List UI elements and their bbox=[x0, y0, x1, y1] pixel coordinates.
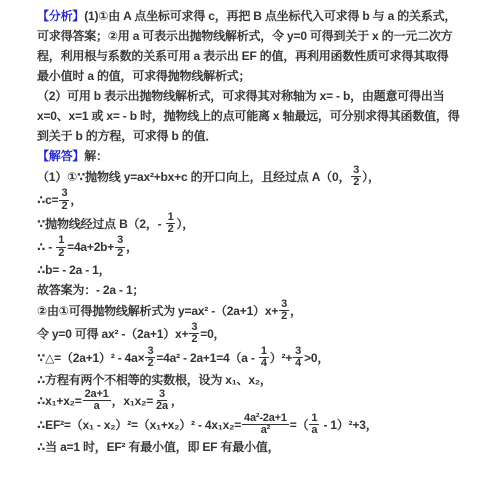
fraction-numerator: 3 bbox=[145, 346, 155, 358]
doc-line: ∴c=32， bbox=[37, 189, 452, 212]
fraction: 4a²-2a+1a² bbox=[242, 413, 289, 436]
fraction-denominator: 2a bbox=[154, 401, 170, 412]
text-run: ， bbox=[171, 394, 183, 408]
text-run: 令 y=0 可得 ax² -（2a+1）x+ bbox=[37, 327, 188, 341]
text-run: 解： bbox=[84, 149, 108, 163]
section-label: 【解答】 bbox=[37, 149, 84, 163]
doc-line: 令 y=0 可得 ax² -（2a+1）x+32=0， bbox=[37, 323, 452, 346]
doc-line: 故答案为：- 2a - 1； bbox=[37, 280, 452, 300]
text-run: ）， bbox=[362, 170, 380, 184]
fraction-numerator: 3 bbox=[293, 346, 303, 358]
fraction-denominator: a bbox=[309, 425, 319, 436]
text-run: x=0、x=1 或 x= - b 时，抛物线上的点可能离 x 轴最远，可分别求得… bbox=[37, 109, 460, 123]
doc-line: ∴b= - 2a - 1， bbox=[37, 260, 452, 280]
fraction-denominator: 2 bbox=[279, 311, 289, 322]
fraction: 1a bbox=[309, 413, 319, 436]
text-run: (1)①由 A 点坐标可求得 c，再把 B 点坐标代入可求得 b 与 a 的关系… bbox=[84, 9, 456, 23]
text-run: ， bbox=[290, 304, 302, 318]
doc-line: 可求得答案；②用 a 可表示出抛物线解析式，令 y=0 可得到关于 x 的一元二… bbox=[37, 26, 452, 46]
text-run: 故答案为：- 2a - 1； bbox=[37, 283, 144, 297]
document-page: 【分析】(1)①由 A 点坐标可求得 c，再把 B 点坐标代入可求得 b 与 a… bbox=[0, 0, 480, 480]
text-run: ）²+ bbox=[270, 351, 292, 365]
text-run: ， bbox=[126, 240, 138, 254]
text-run: ，x₁x₂= bbox=[112, 394, 153, 408]
fraction-numerator: 1 bbox=[309, 413, 319, 425]
fraction: 12 bbox=[56, 235, 66, 258]
text-run: ）， bbox=[176, 217, 194, 231]
text-run: ∵抛物线经过点 B（2，- bbox=[37, 217, 165, 231]
text-run: ②由①可得抛物线解析式为 y=ax² -（2a+1）x+ bbox=[37, 304, 278, 318]
fraction: 12 bbox=[166, 212, 176, 235]
fraction-denominator: 2 bbox=[59, 201, 69, 212]
text-run: 程，利用根与系数的关系可用 a 表示出 EF 的值，再利用函数性质可求得其取得 bbox=[37, 49, 449, 63]
fraction: 32 bbox=[115, 235, 125, 258]
fraction-denominator: 4 bbox=[293, 358, 303, 369]
fraction-denominator: 2 bbox=[56, 248, 66, 259]
text-run: ∴c= bbox=[37, 193, 58, 207]
fraction-denominator: 2 bbox=[189, 334, 199, 345]
doc-line: ∴EF²=（x₁ - x₂）²=（x₁+x₂）² - 4x₁x₂=4a²-2a+… bbox=[37, 414, 452, 437]
fraction-denominator: a bbox=[92, 401, 102, 412]
fraction-denominator: 2 bbox=[166, 224, 176, 235]
doc-line: ∴ - 12=4a+2b+32， bbox=[37, 236, 452, 259]
fraction-numerator: 3 bbox=[115, 235, 125, 247]
doc-line: 程，利用根与系数的关系可用 a 表示出 EF 的值，再利用函数性质可求得其取得 bbox=[37, 46, 452, 66]
doc-line: 到关于 b 的方程，可求得 b 的值． bbox=[37, 126, 452, 146]
fraction: 32 bbox=[59, 188, 69, 211]
text-run: ∴当 a=1 时，EF² 有最小值，即 EF 有最小值， bbox=[37, 440, 279, 454]
text-run: ∴ - bbox=[37, 240, 55, 254]
doc-line: ②由①可得抛物线解析式为 y=ax² -（2a+1）x+32， bbox=[37, 300, 452, 323]
doc-line: （2）可用 b 表示出抛物线解析式，可求得其对称轴为 x= - b，由题意可得出… bbox=[37, 86, 452, 106]
text-run: 可求得答案；②用 a 可表示出抛物线解析式，令 y=0 可得到关于 x 的一元二… bbox=[37, 29, 452, 43]
fraction: 2a+1a bbox=[83, 389, 111, 412]
fraction: 32 bbox=[279, 299, 289, 322]
fraction-denominator: 4 bbox=[259, 358, 269, 369]
text-run: （2）可用 b 表示出抛物线解析式，可求得其对称轴为 x= - b，由题意可得出… bbox=[37, 89, 445, 103]
section-label: 【分析】 bbox=[37, 9, 84, 23]
text-run: （1）①∵抛物线 y=ax²+bx+c 的开口向上，且经过点 A（0， bbox=[37, 170, 350, 184]
doc-line: 【解答】解： bbox=[37, 146, 452, 166]
fraction: 14 bbox=[259, 346, 269, 369]
fraction: 32 bbox=[351, 165, 361, 188]
text-run: ， bbox=[70, 193, 82, 207]
text-run: >0， bbox=[304, 351, 329, 365]
math-solution-document: 【分析】(1)①由 A 点坐标可求得 c，再把 B 点坐标代入可求得 b 与 a… bbox=[0, 0, 480, 457]
fraction: 32 bbox=[189, 322, 199, 345]
doc-line: 最小值时 a 的值，可求得抛物线解析式； bbox=[37, 66, 452, 86]
text-run: 到关于 b 的方程，可求得 b 的值． bbox=[37, 129, 217, 143]
text-run: ∵△=（2a+1）² - 4a× bbox=[37, 351, 144, 365]
fraction-numerator: 4a²-2a+1 bbox=[242, 413, 289, 425]
text-run: ∴b= - 2a - 1， bbox=[37, 263, 110, 277]
fraction-denominator: 2 bbox=[145, 358, 155, 369]
text-run: =0， bbox=[200, 327, 225, 341]
text-run: ∴x₁+x₂= bbox=[37, 394, 82, 408]
doc-line: ∴x₁+x₂=2a+1a，x₁x₂=32a， bbox=[37, 390, 452, 413]
fraction-denominator: a² bbox=[259, 425, 272, 436]
doc-line: ∴方程有两个不相等的实数根，设为 x₁、x₂， bbox=[37, 370, 452, 390]
doc-line: （1）①∵抛物线 y=ax²+bx+c 的开口向上，且经过点 A（0，32）， bbox=[37, 166, 452, 189]
text-run: ∴方程有两个不相等的实数根，设为 x₁、x₂， bbox=[37, 373, 272, 387]
fraction-denominator: 2 bbox=[351, 177, 361, 188]
fraction-denominator: 2 bbox=[115, 248, 125, 259]
doc-line: ∵抛物线经过点 B（2，- 12）， bbox=[37, 213, 452, 236]
text-run: - 1）²+3， bbox=[320, 417, 377, 431]
text-run: ∴EF²=（x₁ - x₂）²=（x₁+x₂）² - 4x₁x₂= bbox=[37, 417, 241, 431]
fraction: 32 bbox=[145, 346, 155, 369]
doc-line: 【分析】(1)①由 A 点坐标可求得 c，再把 B 点坐标代入可求得 b 与 a… bbox=[37, 6, 452, 26]
doc-line: ∵△=（2a+1）² - 4a×32=4a² - 2a+1=4（a - 14）²… bbox=[37, 347, 452, 370]
text-run: 最小值时 a 的值，可求得抛物线解析式； bbox=[37, 69, 250, 83]
doc-line: x=0、x=1 或 x= - b 时，抛物线上的点可能离 x 轴最远，可分别求得… bbox=[37, 106, 452, 126]
fraction-numerator: 1 bbox=[56, 235, 66, 247]
fraction-numerator: 3 bbox=[59, 188, 69, 200]
fraction: 32a bbox=[154, 389, 170, 412]
text-run: =4a² - 2a+1=4（a - bbox=[156, 351, 257, 365]
text-run: =4a+2b+ bbox=[67, 240, 114, 254]
text-run: =（ bbox=[290, 417, 309, 431]
fraction-numerator: 1 bbox=[259, 346, 269, 358]
doc-line: ∴当 a=1 时，EF² 有最小值，即 EF 有最小值， bbox=[37, 437, 452, 457]
fraction: 34 bbox=[293, 346, 303, 369]
